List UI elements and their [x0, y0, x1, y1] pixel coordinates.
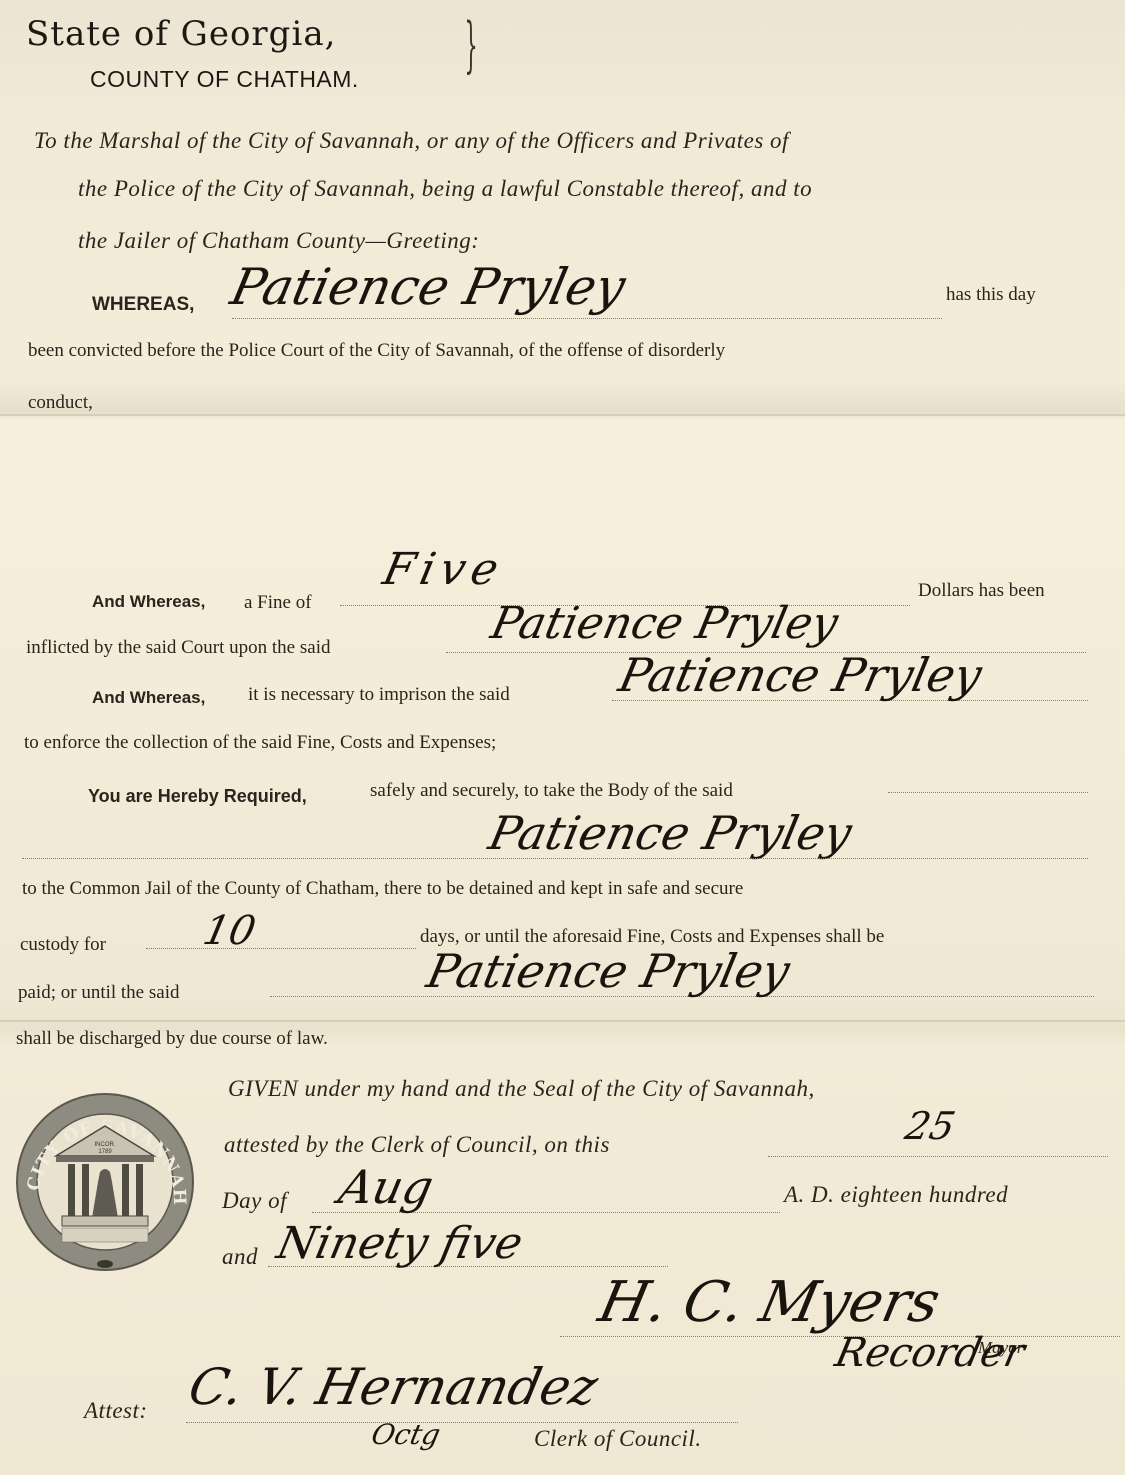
paid-name-handwritten: Patience Pryley: [422, 944, 794, 998]
offense-line-end: conduct,: [28, 392, 93, 414]
eighteen-hundred-text: A. D. eighteen hundred: [784, 1182, 1008, 1208]
offense-line: been convicted before the Police Court o…: [28, 340, 725, 362]
mayor-signature: H. C. Myers: [593, 1270, 945, 1335]
discharged-line: shall be discharged by due course of law…: [16, 1028, 328, 1050]
clerk-signature: C. V. Hernandez: [184, 1358, 603, 1416]
document-title: State of Georgia,: [26, 14, 336, 54]
month-handwritten: Aug: [334, 1160, 438, 1214]
fold-line: [0, 414, 1125, 416]
days-line: [146, 948, 416, 949]
common-jail-line: to the Common Jail of the County of Chat…: [22, 878, 743, 900]
custody-label: custody for: [20, 934, 106, 956]
dollars-text: Dollars has been: [918, 580, 1045, 602]
name-field-line: [232, 318, 942, 319]
fine-label: a Fine of: [244, 592, 312, 614]
fold-line: [0, 1020, 1125, 1022]
required-label: safely and securely, to take the Body of…: [370, 780, 733, 802]
address-line-2: the Police of the City of Savannah, bein…: [78, 176, 812, 202]
and-label: and: [222, 1244, 258, 1270]
imprison-label-bold: And Whereas,: [92, 688, 205, 708]
imprison-name-handwritten: Patience Pryley: [614, 648, 986, 702]
body-name-handwritten: Patience Pryley: [484, 806, 856, 860]
clerk-label: Clerk of Council.: [534, 1426, 702, 1452]
document-subtitle: COUNTY OF CHATHAM.: [90, 66, 359, 93]
day-number-line: [768, 1156, 1108, 1157]
fine-amount-handwritten: Five: [379, 544, 509, 595]
clerk-signature-line: [186, 1422, 738, 1423]
svg-text:1789: 1789: [98, 1149, 112, 1155]
recorder-handwritten: Recorder: [831, 1330, 1029, 1376]
fine-label-bold: And Whereas,: [92, 592, 205, 612]
given-line: GIVEN under my hand and the Seal of the …: [228, 1076, 815, 1102]
convict-name-handwritten: Patience Pryley: [226, 258, 631, 316]
days-handwritten: 10: [199, 908, 260, 954]
city-seal-icon: CITY OF SAVANNAH, GA INCOR. 1789: [12, 1088, 198, 1280]
attested-line: attested by the Clerk of Council, on thi…: [224, 1132, 610, 1158]
inflicted-line: inflicted by the said Court upon the sai…: [26, 637, 330, 659]
day-of-label: Day of: [222, 1188, 287, 1214]
brace: }: [464, 10, 477, 80]
required-label-bold: You are Hereby Required,: [88, 786, 307, 807]
has-this-day-text: has this day: [946, 284, 1036, 306]
body-line: [888, 792, 1088, 793]
paid-label: paid; or until the said: [18, 982, 179, 1004]
clerk-initials: Octg: [368, 1418, 443, 1451]
day-handwritten: 25: [901, 1104, 959, 1148]
address-line-1: To the Marshal of the City of Savannah, …: [34, 128, 789, 154]
attest-label: Attest:: [84, 1398, 148, 1424]
svg-text:INCOR.: INCOR.: [95, 1142, 116, 1148]
whereas-label: WHEREAS,: [92, 294, 194, 316]
address-line-3: the Jailer of Chatham County—Greeting:: [78, 228, 479, 254]
imprison-label: it is necessary to imprison the said: [248, 684, 510, 706]
body-name-line: [22, 858, 1088, 859]
enforce-line: to enforce the collection of the said Fi…: [24, 732, 496, 754]
year-handwritten: Ninety five: [273, 1218, 528, 1269]
fine-name-handwritten: Patience Pryley: [487, 598, 843, 649]
